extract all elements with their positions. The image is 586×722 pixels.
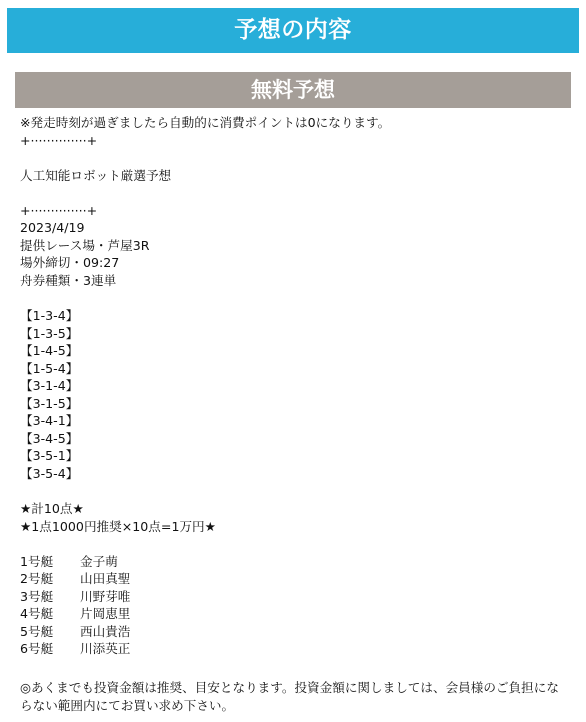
racer-name: 川添英正 — [80, 641, 130, 656]
racer-list: 1号艇金子萌 2号艇山田真聖 3号艇川野芽唯 4号艇片岡恵里 5号艇西山貴浩 6… — [20, 553, 568, 658]
bet-recommendation: ★1点1000円推奨×10点=1万円★ — [20, 518, 568, 536]
racer-row: 2号艇山田真聖 — [20, 570, 568, 588]
blank-line — [20, 482, 568, 500]
racer-name: 片岡恵里 — [80, 606, 130, 621]
blank-line — [20, 289, 568, 307]
racer-name: 川野芽唯 — [80, 589, 130, 604]
page-title: 予想の内容 — [7, 8, 579, 53]
boat-number: 5号艇 — [20, 623, 80, 641]
boat-number: 3号艇 — [20, 588, 80, 606]
blank-line — [20, 149, 568, 167]
ticket-type: 舟券種類・3連単 — [20, 272, 568, 290]
combination-item: 【1-3-5】 — [20, 325, 568, 343]
racer-row: 3号艇川野芽唯 — [20, 588, 568, 606]
combination-item: 【1-3-4】 — [20, 307, 568, 325]
combination-list: 【1-3-4】 【1-3-5】 【1-4-5】 【1-5-4】 【3-1-4】 … — [20, 307, 568, 482]
combination-item: 【1-4-5】 — [20, 342, 568, 360]
racer-row: 4号艇片岡恵里 — [20, 605, 568, 623]
section-title-free-prediction: 無料予想 — [15, 72, 571, 108]
boat-number: 1号艇 — [20, 553, 80, 571]
racer-row: 6号艇川添英正 — [20, 640, 568, 658]
racer-name: 金子萌 — [80, 554, 118, 569]
racer-row: 1号艇金子萌 — [20, 553, 568, 571]
plan-name: 人工知能ロボット厳選予想 — [20, 167, 568, 185]
race-date: 2023/4/19 — [20, 219, 568, 237]
combination-item: 【3-1-4】 — [20, 377, 568, 395]
boat-number: 2号艇 — [20, 570, 80, 588]
combination-item: 【3-4-1】 — [20, 412, 568, 430]
blank-line — [20, 658, 568, 676]
prediction-content: ※発走時刻が過ぎましたら自動的に消費ポイントは0になります。 +········… — [20, 114, 568, 715]
combination-item: 【3-5-4】 — [20, 465, 568, 483]
racer-name: 西山貴浩 — [80, 624, 130, 639]
combination-item: 【3-5-1】 — [20, 447, 568, 465]
racer-row: 5号艇西山貴浩 — [20, 623, 568, 641]
race-venue: 提供レース場・芦屋3R — [20, 237, 568, 255]
separator-top: +··············+ — [20, 132, 568, 150]
total-points: ★計10点★ — [20, 500, 568, 518]
combination-item: 【3-4-5】 — [20, 430, 568, 448]
investment-disclaimer: ◎あくまでも投資金額は推奨、目安となります。投資金額に関しましては、会員様のご負… — [20, 679, 565, 715]
racer-name: 山田真聖 — [80, 571, 130, 586]
points-notice: ※発走時刻が過ぎましたら自動的に消費ポイントは0になります。 — [20, 114, 568, 132]
race-deadline: 場外締切・09:27 — [20, 254, 568, 272]
blank-line — [20, 184, 568, 202]
separator-bottom: +··············+ — [20, 202, 568, 220]
combination-item: 【3-1-5】 — [20, 395, 568, 413]
combination-item: 【1-5-4】 — [20, 360, 568, 378]
boat-number: 6号艇 — [20, 640, 80, 658]
boat-number: 4号艇 — [20, 605, 80, 623]
blank-line — [20, 535, 568, 553]
